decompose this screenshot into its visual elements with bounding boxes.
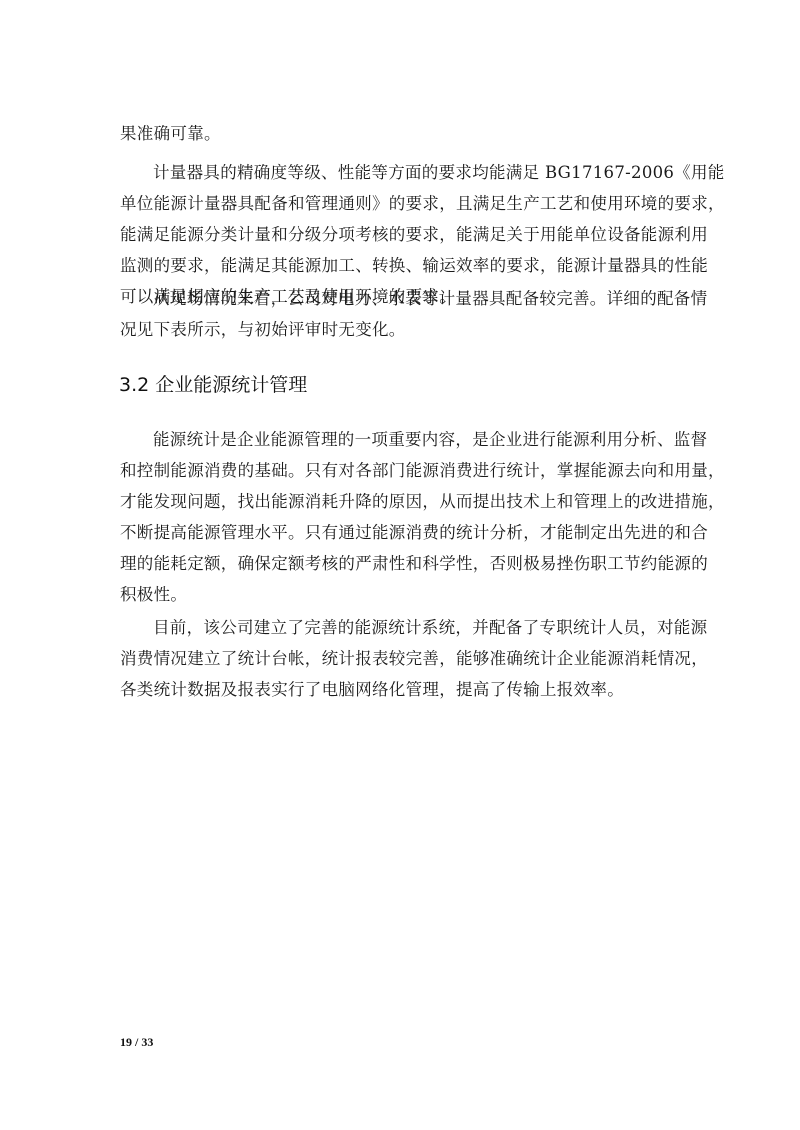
text-line: 单位能源计量器具配备和管理通则》的要求，且满足生产工艺和使用环境的要求， [120,188,682,219]
text-line: 理的能耗定额，确保定额考核的严肃性和科学性，否则极易挫伤职工节约能源的 [120,548,682,579]
paragraph-energy-statistics: 能源统计是企业能源管理的一项重要内容，是企业进行能源利用分析、监督 和控制能源消… [120,424,682,610]
document-page: 果准确可靠。 计量器具的精确度等级、性能等方面的要求均能满足 BG17167-2… [0,0,800,1130]
text-line: 各类统计数据及报表实行了电脑网络化管理，提高了传输上报效率。 [120,674,682,705]
text-line: 果准确可靠。 [120,118,682,149]
text-line: 监测的要求，能满足其能源加工、转换、输运效率的要求，能源计量器具的性能 [120,250,682,281]
text-line: 消费情况建立了统计台帐，统计报表较完善，能够准确统计企业能源消耗情况， [120,643,682,674]
paragraph-continuation: 果准确可靠。 [120,118,682,149]
text-line: 能满足能源分类计量和分级分项考核的要求，能满足关于用能单位设备能源利用 [120,219,682,250]
paragraph-current-status: 目前，该公司建立了完善的能源统计系统，并配备了专职统计人员，对能源 消费情况建立… [120,612,682,705]
text-line: 目前，该公司建立了完善的能源统计系统，并配备了专职统计人员，对能源 [120,612,682,643]
text-line: 从现场情况来看，公司对电力、水表等计量器具配备较完善。详细的配备情 [120,283,682,314]
text-line: 不断提高能源管理水平。只有通过能源消费的统计分析，才能制定出先进的和合 [120,517,682,548]
text-line: 况见下表所示，与初始评审时无变化。 [120,314,682,345]
text-line: 积极性。 [120,579,682,610]
text-line: 计量器具的精确度等级、性能等方面的要求均能满足 BG17167-2006《用能 [120,157,682,188]
section-heading: 3.2 企业能源统计管理 [119,370,307,397]
paragraph-site-situation: 从现场情况来看，公司对电力、水表等计量器具配备较完善。详细的配备情 况见下表所示… [120,283,682,345]
text-line: 和控制能源消费的基础。只有对各部门能源消费进行统计，掌握能源去向和用量， [120,455,682,486]
page-number: 19 / 33 [120,1035,153,1050]
text-line: 能源统计是企业能源管理的一项重要内容，是企业进行能源利用分析、监督 [120,424,682,455]
text-line: 才能发现问题，找出能源消耗升降的原因，从而提出技术上和管理上的改进措施， [120,486,682,517]
